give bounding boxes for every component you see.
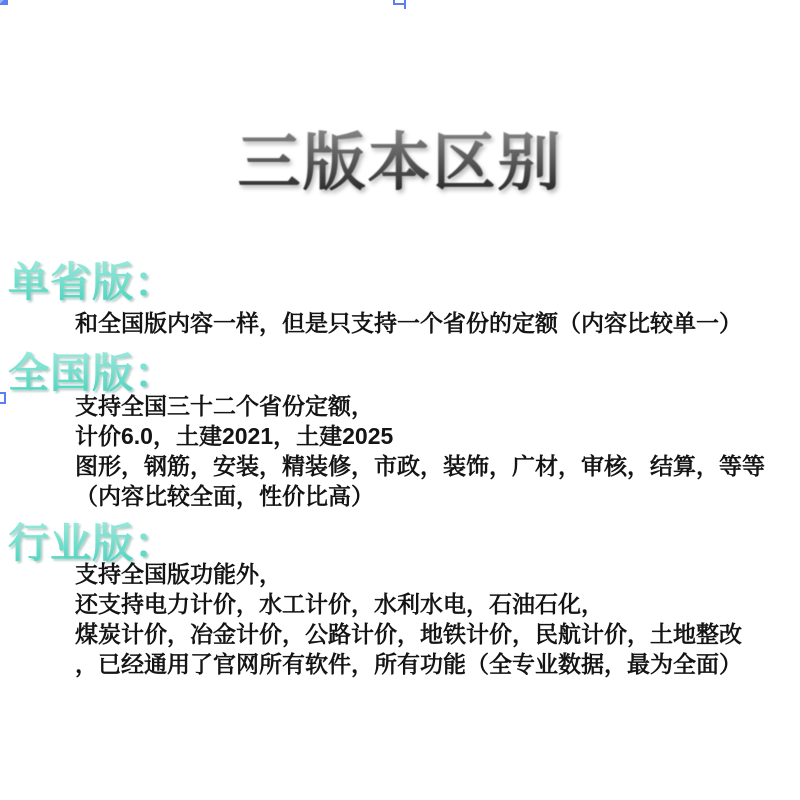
blue-fragment-top-left-icon [0,0,8,5]
body-line: 支持全国版功能外， [75,559,742,589]
body-line: 支持全国三十二个省份定额， [75,391,765,421]
body-line: ，已经通用了官网所有软件，所有功能（全专业数据，最为全面） [75,649,742,679]
body-line: 还支持电力计价，水工计价，水利水电，石油石化， [75,589,742,619]
body-line: （内容比较全面，性价比高） [75,481,765,511]
page-title: 三版本区别 [0,112,800,203]
body-line: 和全国版内容一样，但是只支持一个省份的定额（内容比较单一） [75,308,742,338]
body-line: 图形，钢筋，安装，精装修，市政，装饰，广材，审核，结算，等等 [75,451,765,481]
section-body-national: 支持全国三十二个省份定额， 计价6.0，土建2021，土建2025 图形，钢筋，… [75,391,765,511]
blue-fragment-left-edge-icon [0,392,6,404]
body-line: 煤炭计价，冶金计价，公路计价，地铁计价，民航计价，土地整改 [75,619,742,649]
section-body-single-province: 和全国版内容一样，但是只支持一个省份的定额（内容比较单一） [75,308,742,338]
section-body-industry: 支持全国版功能外， 还支持电力计价，水工计价，水利水电，石油石化， 煤炭计价，冶… [75,559,742,679]
section-heading-single-province: 单省版： [8,249,176,308]
body-line: 计价6.0，土建2021，土建2025 [75,421,765,451]
blue-fragment-top-center-tail-icon [404,0,406,9]
slide-page: 三版本区别 单省版： 和全国版内容一样，但是只支持一个省份的定额（内容比较单一）… [0,0,800,800]
